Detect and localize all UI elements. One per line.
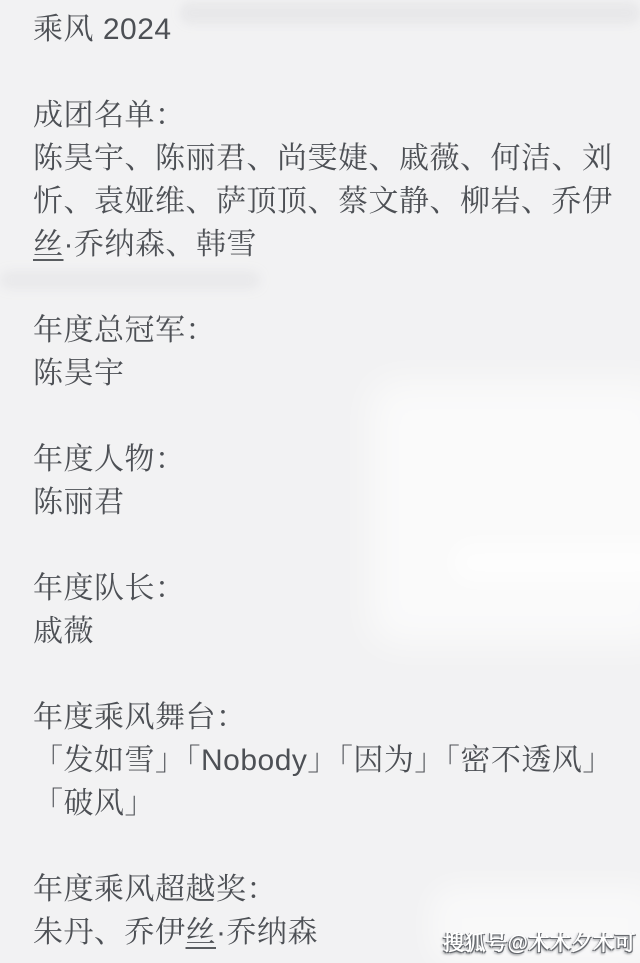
roster-line-3: 丝·乔纳森、韩雪: [33, 223, 633, 266]
annual-captain-value: 戚薇: [33, 610, 633, 653]
article-title: 乘风 2024: [33, 8, 633, 51]
section-annual-champion-label: 年度总冠军：: [33, 309, 633, 352]
annual-stage-line-2: 「破风」: [33, 782, 633, 825]
section-annual-stage-label: 年度乘风舞台：: [33, 696, 633, 739]
section-roster: 成团名单： 陈昊宇、陈丽君、尚雯婕、戚薇、何洁、刘 忻、袁娅维、萨顶顶、蔡文静、…: [33, 94, 633, 266]
watermark-badge: 搜狐号@木木夕木可: [443, 927, 636, 957]
section-annual-champion: 年度总冠军： 陈昊宇: [33, 309, 633, 395]
article-content: 乘风 2024 成团名单： 陈昊宇、陈丽君、尚雯婕、戚薇、何洁、刘 忻、袁娅维、…: [33, 8, 633, 954]
person-of-year-value: 陈丽君: [33, 481, 633, 524]
section-annual-stage: 年度乘风舞台： 「发如雪」「Nobody」「因为」「密不透风」 「破风」: [33, 696, 633, 825]
section-annual-captain-label: 年度队长：: [33, 567, 633, 610]
beyond-award-pre: 朱丹、乔伊: [33, 916, 186, 949]
beyond-award-underlined-char: 丝: [186, 916, 217, 949]
roster-line-1: 陈昊宇、陈丽君、尚雯婕、戚薇、何洁、刘: [33, 137, 633, 180]
section-beyond-award-label: 年度乘风超越奖：: [33, 868, 633, 911]
section-annual-captain: 年度队长： 戚薇: [33, 567, 633, 653]
annual-stage-line-1: 「发如雪」「Nobody」「因为」「密不透风」: [33, 739, 633, 782]
beyond-award-rest: ·乔纳森: [216, 916, 318, 949]
section-person-of-year: 年度人物： 陈丽君: [33, 438, 633, 524]
section-roster-label: 成团名单：: [33, 94, 633, 137]
roster-line-3-rest: ·乔纳森、韩雪: [64, 228, 258, 261]
section-person-of-year-label: 年度人物：: [33, 438, 633, 481]
roster-line-2: 忻、袁娅维、萨顶顶、蔡文静、柳岩、乔伊: [33, 180, 633, 223]
annual-champion-value: 陈昊宇: [33, 352, 633, 395]
roster-underlined-char: 丝: [33, 228, 64, 261]
